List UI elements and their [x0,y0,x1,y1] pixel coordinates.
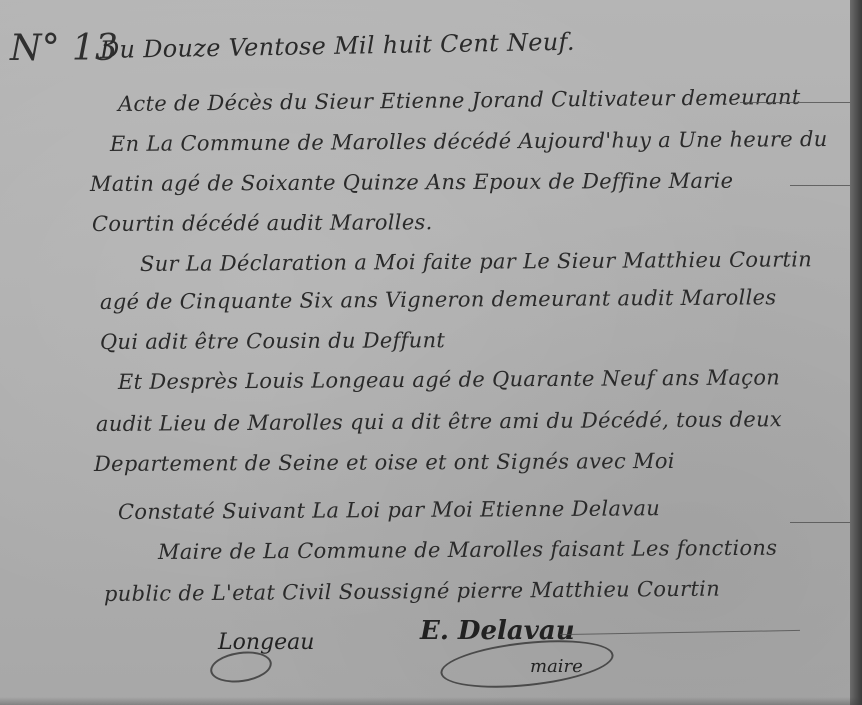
signature-delavau: E. Delavau [420,616,575,646]
record-line-3: Matin agé de Soixante Quinze Ans Epoux d… [90,169,733,196]
scanned-document-page: N° 13 Du Douze Ventose Mil huit Cent Neu… [0,0,862,705]
record-line-5: Sur La Déclaration a Moi faite par Le Si… [140,247,812,276]
record-line-9: audit Lieu de Marolles qui a dit être am… [96,407,782,436]
record-line-2: En La Commune de Marolles décédé Aujourd… [110,127,828,156]
record-line-8: Et Desprès Louis Longeau agé de Quarante… [118,365,780,394]
entry-date-header: Du Douze Ventose Mil huit Cent Neuf. [100,28,575,64]
record-line-7: Qui adit être Cousin du Deffunt [100,328,445,354]
rule [790,522,850,523]
rule [560,630,800,635]
record-line-12: Maire de La Commune de Marolles faisant … [158,536,777,564]
rule [790,185,850,186]
signature-title-maire: maire [530,656,583,677]
record-line-1: Acte de Décès du Sieur Etienne Jorand Cu… [118,85,801,116]
record-line-13: public de L'etat Civil Soussigné pierre … [104,577,720,606]
page-edge-shadow [0,697,862,705]
record-line-11: Constaté Suivant La Loi par Moi Etienne … [118,496,660,524]
record-line-4: Courtin décédé audit Marolles. [92,210,433,236]
record-line-10: Departement de Seine et oise et ont Sign… [94,449,675,476]
page-edge-shadow [850,0,862,705]
record-line-6: agé de Cinquante Six ans Vigneron demeur… [100,285,777,314]
rule [740,102,850,103]
signature-longeau: Longeau [218,630,314,655]
